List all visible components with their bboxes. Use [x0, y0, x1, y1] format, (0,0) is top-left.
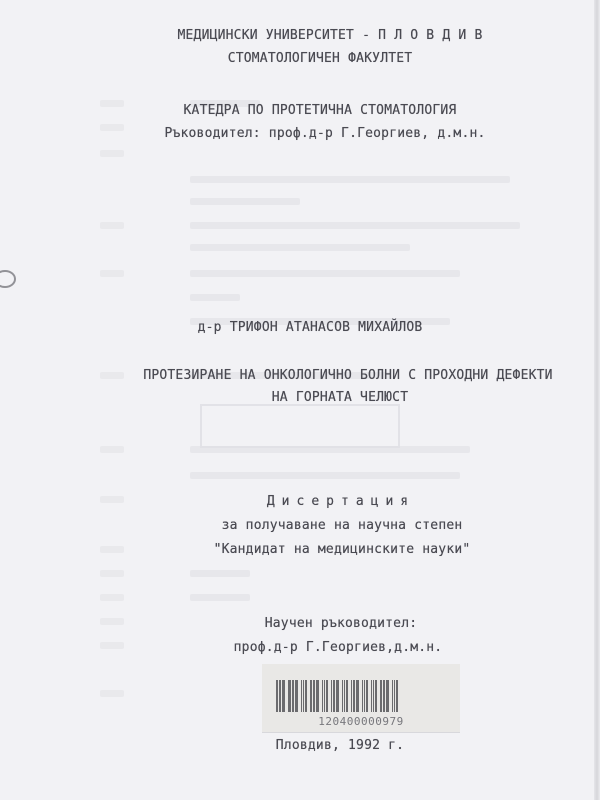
degree-purpose-line1: за получаване на научна степен — [0, 518, 600, 533]
university-name: МЕДИЦИНСКИ УНИВЕРСИТЕТ - П Л О В Д И В — [0, 28, 600, 43]
barcode-icon — [276, 680, 430, 712]
barcode-number: 120400000979 — [262, 715, 460, 728]
author-name: д-р ТРИФОН АТАНАСОВ МИХАЙЛОВ — [0, 320, 600, 335]
faculty-name: СТОМАТОЛОГИЧЕН ФАКУЛТЕТ — [0, 51, 600, 66]
library-stamp-bleed — [200, 404, 400, 448]
thesis-title-line1: ПРОТЕЗИРАНЕ НА ОНКОЛОГИЧНО БОЛНИ С ПРОХО… — [0, 368, 600, 383]
punch-hole-mark — [0, 270, 16, 288]
department-head: Ръководител: проф.д-р Г.Георгиев, д.м.н. — [0, 126, 600, 141]
document-type: Дисертация — [0, 494, 600, 509]
scanned-page: МЕДИЦИНСКИ УНИВЕРСИТЕТ - П Л О В Д И В С… — [0, 0, 600, 800]
supervisor-label: Научен ръководител: — [0, 616, 600, 631]
place-and-date: Пловдив, 1992 г. — [0, 738, 600, 753]
supervisor-name: проф.д-р Г.Георгиев,д.м.н. — [0, 640, 600, 655]
thesis-title-line2: НА ГОРНАТА ЧЕЛЮСТ — [0, 390, 600, 405]
department-name: КАТЕДРА ПО ПРОТЕТИЧНА СТОМАТОЛОГИЯ — [0, 103, 600, 118]
degree-purpose-line2: "Кандидат на медицинските науки" — [0, 542, 600, 557]
library-barcode-label: 120400000979 — [262, 664, 460, 732]
